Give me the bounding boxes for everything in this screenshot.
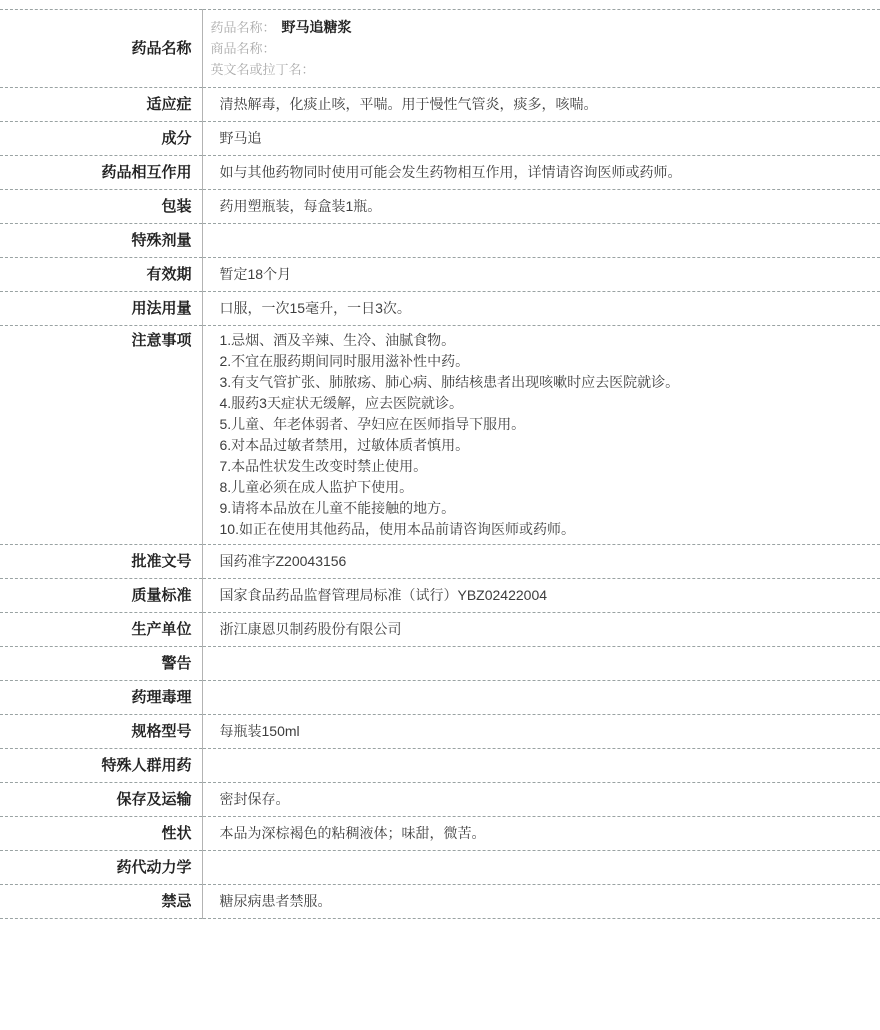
note-line: 9.请将本品放在儿童不能接触的地方。 xyxy=(220,498,871,519)
table-row: 药理毒理 xyxy=(0,681,880,715)
row-value: 浙江康恩贝制药股份有限公司 xyxy=(202,613,880,647)
drug-name-value: 野马追糖浆 xyxy=(282,19,352,35)
row-value: 清热解毒，化痰止咳，平喘。用于慢性气管炎，痰多，咳喘。 xyxy=(202,88,880,122)
row-value: 国药准字Z20043156 xyxy=(202,545,880,579)
table-row: 性状本品为深棕褐色的粘稠液体；味甜，微苦。 xyxy=(0,817,880,851)
row-label: 药理毒理 xyxy=(0,681,202,715)
row-label: 生产单位 xyxy=(0,613,202,647)
table-row: 特殊人群用药 xyxy=(0,749,880,783)
field-prefix: 英文名或拉丁名： xyxy=(211,62,315,77)
note-line: 2.不宜在服药期间同时服用滋补性中药。 xyxy=(220,351,871,372)
row-value: 药品名称：野马追糖浆商品名称：英文名或拉丁名： xyxy=(202,10,880,88)
row-label: 批准文号 xyxy=(0,545,202,579)
note-line: 7.本品性状发生改变时禁止使用。 xyxy=(220,456,871,477)
note-line: 3.有支气管扩张、肺脓疡、肺心病、肺结核患者出现咳嗽时应去医院就诊。 xyxy=(220,372,871,393)
row-label: 保存及运输 xyxy=(0,783,202,817)
row-label: 适应症 xyxy=(0,88,202,122)
table-row: 生产单位浙江康恩贝制药股份有限公司 xyxy=(0,613,880,647)
note-line: 4.服药3天症状无缓解，应去医院就诊。 xyxy=(220,393,871,414)
row-value xyxy=(202,749,880,783)
row-label: 质量标准 xyxy=(0,579,202,613)
table-row: 药代动力学 xyxy=(0,851,880,885)
drug-info-table: 药品名称药品名称：野马追糖浆商品名称：英文名或拉丁名：适应症清热解毒，化痰止咳，… xyxy=(0,9,880,919)
table-row: 用法用量口服，一次15毫升，一日3次。 xyxy=(0,292,880,326)
row-value: 药用塑瓶装，每盒装1瓶。 xyxy=(202,190,880,224)
note-line: 1.忌烟、酒及辛辣、生冷、油腻食物。 xyxy=(220,330,871,351)
row-value: 每瓶装150ml xyxy=(202,715,880,749)
field-prefix: 商品名称： xyxy=(211,41,276,56)
table-row: 特殊剂量 xyxy=(0,224,880,258)
row-label: 特殊剂量 xyxy=(0,224,202,258)
row-value xyxy=(202,681,880,715)
row-label: 特殊人群用药 xyxy=(0,749,202,783)
row-value: 口服，一次15毫升，一日3次。 xyxy=(202,292,880,326)
table-row: 注意事项1.忌烟、酒及辛辣、生冷、油腻食物。2.不宜在服药期间同时服用滋补性中药… xyxy=(0,326,880,545)
row-value: 1.忌烟、酒及辛辣、生冷、油腻食物。2.不宜在服药期间同时服用滋补性中药。3.有… xyxy=(202,326,880,545)
name-line: 商品名称： xyxy=(211,38,871,59)
row-label: 警告 xyxy=(0,647,202,681)
drug-info-table-body: 药品名称药品名称：野马追糖浆商品名称：英文名或拉丁名：适应症清热解毒，化痰止咳，… xyxy=(0,10,880,919)
row-value: 国家食品药品监督管理局标准（试行）YBZ02422004 xyxy=(202,579,880,613)
row-value xyxy=(202,647,880,681)
row-value xyxy=(202,224,880,258)
table-row: 警告 xyxy=(0,647,880,681)
row-label: 禁忌 xyxy=(0,885,202,919)
field-prefix: 药品名称： xyxy=(211,20,276,35)
row-value xyxy=(202,851,880,885)
row-label: 有效期 xyxy=(0,258,202,292)
row-label: 用法用量 xyxy=(0,292,202,326)
row-value: 糖尿病患者禁服。 xyxy=(202,885,880,919)
table-row: 有效期暂定18个月 xyxy=(0,258,880,292)
table-row: 成分野马追 xyxy=(0,122,880,156)
table-row-drug-name: 药品名称药品名称：野马追糖浆商品名称：英文名或拉丁名： xyxy=(0,10,880,88)
row-label: 规格型号 xyxy=(0,715,202,749)
row-label: 包装 xyxy=(0,190,202,224)
table-row: 包装药用塑瓶装，每盒装1瓶。 xyxy=(0,190,880,224)
note-line: 5.儿童、年老体弱者、孕妇应在医师指导下服用。 xyxy=(220,414,871,435)
name-line: 药品名称：野马追糖浆 xyxy=(211,17,871,38)
row-label: 药品名称 xyxy=(0,10,202,88)
row-label: 药代动力学 xyxy=(0,851,202,885)
table-row: 适应症清热解毒，化痰止咳，平喘。用于慢性气管炎，痰多，咳喘。 xyxy=(0,88,880,122)
table-row: 质量标准国家食品药品监督管理局标准（试行）YBZ02422004 xyxy=(0,579,880,613)
table-row: 保存及运输密封保存。 xyxy=(0,783,880,817)
row-label: 注意事项 xyxy=(0,326,202,545)
name-line: 英文名或拉丁名： xyxy=(211,59,871,80)
row-value: 野马追 xyxy=(202,122,880,156)
table-row: 禁忌糖尿病患者禁服。 xyxy=(0,885,880,919)
row-label: 药品相互作用 xyxy=(0,156,202,190)
note-line: 10.如正在使用其他药品，使用本品前请咨询医师或药师。 xyxy=(220,519,871,540)
table-row: 规格型号每瓶装150ml xyxy=(0,715,880,749)
table-row: 批准文号国药准字Z20043156 xyxy=(0,545,880,579)
row-value: 暂定18个月 xyxy=(202,258,880,292)
row-value: 如与其他药物同时使用可能会发生药物相互作用，详情请咨询医师或药师。 xyxy=(202,156,880,190)
row-value: 本品为深棕褐色的粘稠液体；味甜，微苦。 xyxy=(202,817,880,851)
note-line: 6.对本品过敏者禁用，过敏体质者慎用。 xyxy=(220,435,871,456)
row-label: 性状 xyxy=(0,817,202,851)
table-row: 药品相互作用如与其他药物同时使用可能会发生药物相互作用，详情请咨询医师或药师。 xyxy=(0,156,880,190)
note-line: 8.儿童必须在成人监护下使用。 xyxy=(220,477,871,498)
row-label: 成分 xyxy=(0,122,202,156)
row-value: 密封保存。 xyxy=(202,783,880,817)
